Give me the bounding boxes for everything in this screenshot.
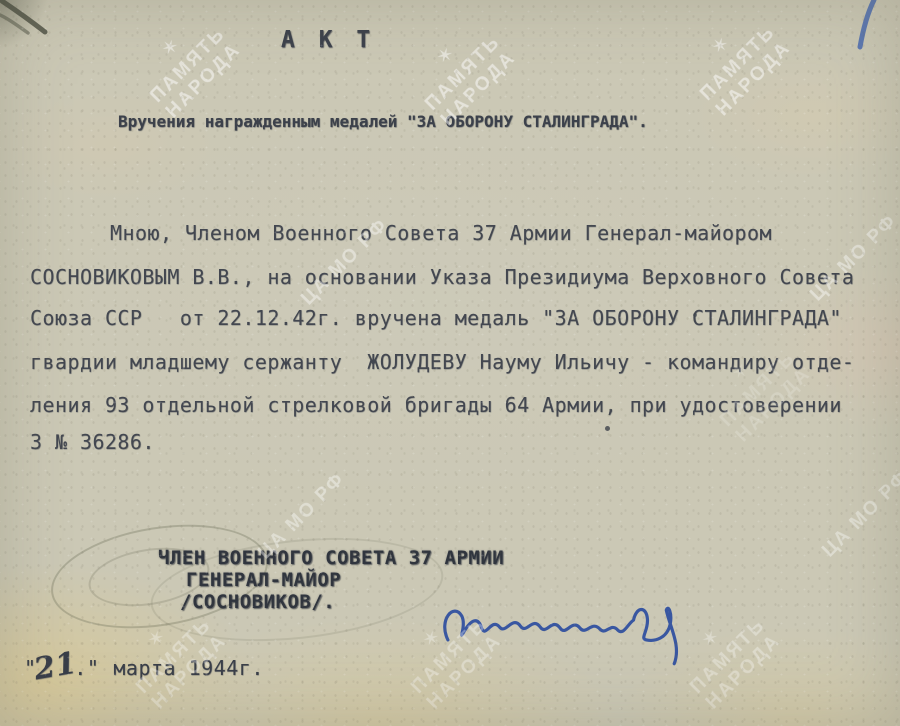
body-line: Мною, Членом Военного Совета 37 Армии Ге…: [110, 221, 772, 245]
star-icon: ✶: [129, 6, 214, 91]
pen-mark-top-right: [846, 0, 886, 55]
scanned-document-page: ✶ ПАМЯТЬ НАРОДА ✶ ПАМЯТЬ НАРОДА ✶ ПАМЯТЬ…: [0, 0, 900, 726]
signoff-name: /СОСНОВИКОВ/.: [180, 591, 335, 613]
body-line: Союза ССР от 22.12.42г. вручена медаль "…: [30, 306, 842, 330]
pen-mark-top-left: [0, 0, 60, 45]
date-day-handwritten: 21: [32, 653, 78, 680]
watermark-text: НАРОДА: [712, 37, 796, 121]
handwritten-signature: [436, 582, 704, 672]
document-subtitle: Вручения награжденным медалей "ЗА ОБОРОН…: [118, 112, 648, 131]
body-line: ления 93 отдельной стрелковой бригады 64…: [30, 393, 842, 417]
body-line: гвардии младшему сержанту ЖОЛУДЕВУ Науму…: [30, 350, 854, 374]
memory-narod-watermark: ✶ ПАМЯТЬ НАРОДА: [129, 6, 246, 123]
star-icon: ✶: [679, 4, 764, 89]
date-text: марта 1944г.: [113, 656, 264, 680]
date-line: "21."марта 1944г.: [24, 656, 264, 680]
watermark-text: НАРОДА: [162, 39, 246, 123]
memory-narod-watermark: ✶ ПАМЯТЬ НАРОДА: [699, 330, 816, 447]
paper-fleck: [605, 426, 610, 431]
body-line: СОСНОВИКОВЫМ В.В., на основании Указа Пр…: [30, 265, 854, 289]
body-line: З № 36286.: [30, 430, 155, 454]
watermark-text: ПАМЯТЬ: [422, 32, 506, 116]
signoff-rank: ГЕНЕРАЛ-МАЙОР: [186, 569, 341, 591]
watermark-text: ПАМЯТЬ: [697, 22, 781, 106]
document-title: А К Т: [281, 27, 375, 53]
memory-narod-watermark: ✶ ПАМЯТЬ НАРОДА: [115, 597, 232, 714]
paper-fleck: [693, 313, 697, 317]
archive-watermark: ЦА МО РФ: [806, 210, 900, 305]
memory-narod-watermark: ✶ ПАМЯТЬ НАРОДА: [679, 4, 796, 121]
watermark-text: ПАМЯТЬ: [147, 24, 231, 108]
watermark-text: НАРОДА: [702, 630, 786, 714]
signoff-position: ЧЛЕН ВОЕННОГО СОВЕТА 37 АРМИИ: [158, 547, 504, 569]
star-icon: ✶: [404, 14, 489, 99]
archive-watermark: ЦА МО РФ: [818, 466, 900, 561]
